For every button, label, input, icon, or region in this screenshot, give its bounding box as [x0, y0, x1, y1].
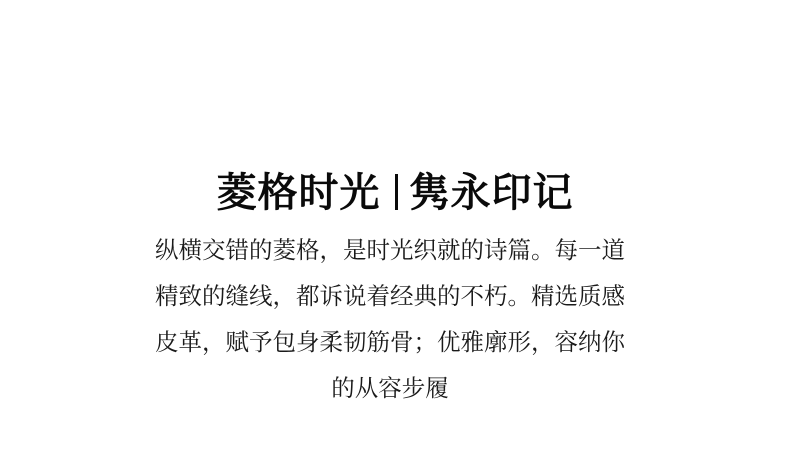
- title-separator: [395, 174, 398, 210]
- description-paragraph: 纵横交错的菱格，是时光织就的诗篇。每一道 精致的缝线，都诉说着经典的不朽。精选质…: [118, 227, 662, 411]
- description-line: 纵横交错的菱格，是时光织就的诗篇。每一道: [118, 227, 662, 273]
- description-line: 的从容步履: [118, 365, 662, 411]
- description-line: 皮革，赋予包身柔韧筋骨；优雅廓形，容纳你: [118, 319, 662, 365]
- title-right: 隽永印记: [410, 170, 574, 216]
- title-left: 菱格时光: [217, 170, 381, 216]
- description-line: 精致的缝线，都诉说着经典的不朽。精选质感: [118, 273, 662, 319]
- page-title: 菱格时光隽永印记: [0, 167, 790, 219]
